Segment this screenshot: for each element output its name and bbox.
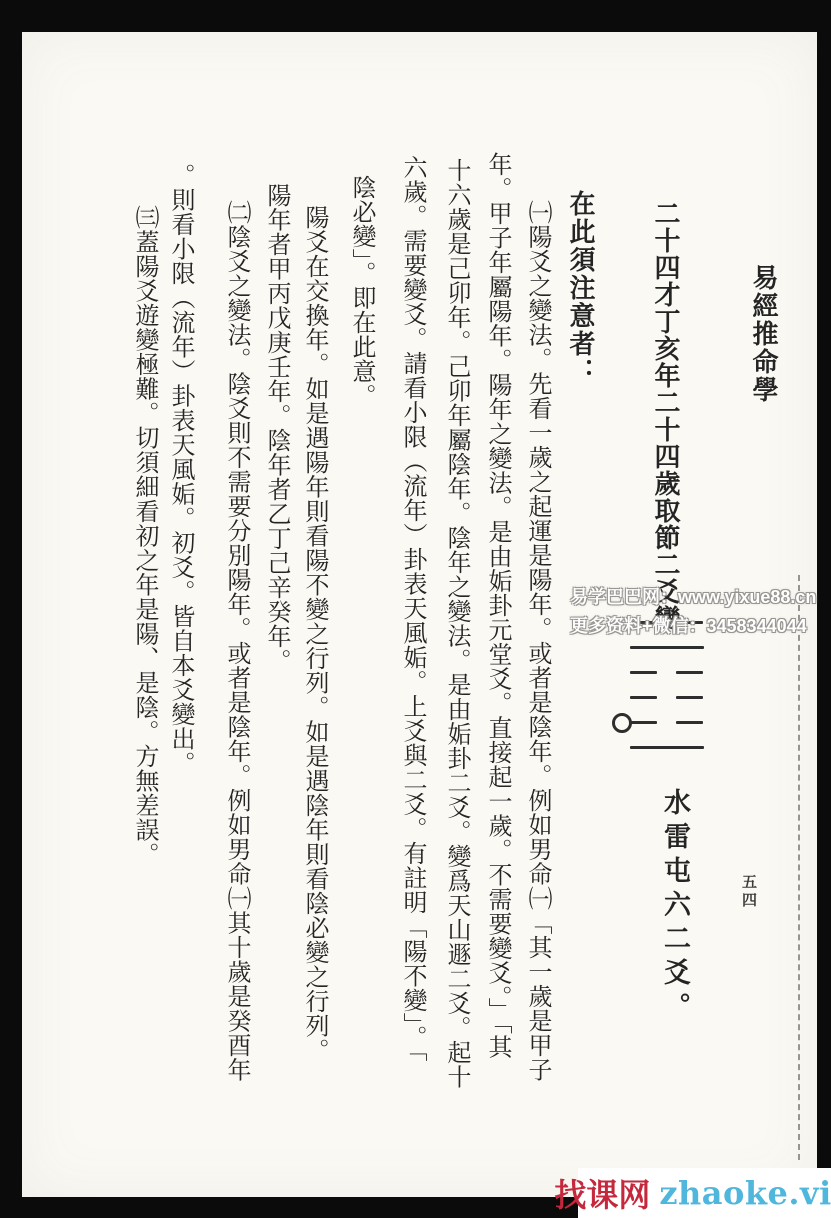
- yang-line-segment: [630, 646, 704, 649]
- watermark-site-url: zhaoke.vip: [659, 1174, 831, 1212]
- hexagram-line-1: [612, 735, 716, 760]
- watermark-line-2: 更多资料+微信：3458344044: [570, 612, 826, 641]
- yin-line-segment: [630, 696, 657, 699]
- text-column: 六歲。需要變爻。請看小限（流年）卦表天風姤。上爻與二爻。有註明「陽不變」。「: [396, 155, 431, 1062]
- text-column: 年。甲子年屬陽年。陽年之變法。是由姤卦元堂爻。直接起一歲。不需要變爻。」「其: [481, 152, 516, 1059]
- bottom-watermark: 找课网 zhaoke.vip: [578, 1168, 831, 1218]
- yin-line-segment: [630, 721, 657, 724]
- text-column: ㈢蓋陽爻遊變極難。切須細看初之年是陽、是陰。方無差誤。: [128, 205, 163, 867]
- watermark-site-name: 找课网: [554, 1170, 650, 1216]
- opening-line: 二十四才丁亥年二十四歲取節二爻變: [647, 200, 684, 632]
- text-column: 陽年者甲丙戊庚壬年。陰年者乙丁己辛癸年。: [260, 183, 295, 673]
- hexagram-line-3: [612, 685, 716, 710]
- watermark-line-1: 易学巴巴网：www.yixue88.cn: [570, 583, 826, 612]
- changing-line-marker: [612, 713, 632, 733]
- text-column: 十六歲是己卯年。己卯年屬陰年。陰年之變法。是由姤卦二爻。變爲天山遯二爻。起十: [440, 158, 475, 1089]
- text-column: ㈡陰爻之變法。陰爻則不需要分別陽年。或者是陰年。例如男命㈠其十歲是癸酉年: [220, 200, 255, 1082]
- text-column: 陰必變」。即在此意。: [345, 175, 380, 408]
- hexagram-line-4: [612, 660, 716, 685]
- binding-dots-rule: [798, 575, 800, 1160]
- book-title: 易經推命學: [745, 264, 782, 404]
- text-column: 。則看小限（流年）卦表天風姤。初爻。皆自本爻變出。: [164, 163, 199, 776]
- text-column: ㈠陽爻之變法。先看一歲之起運是陽年。或者是陰年。例如男命㈠「其一歲是甲子: [521, 200, 556, 1082]
- yin-line-segment: [676, 671, 703, 674]
- page-number: 五四: [739, 874, 760, 910]
- hexagram-caption: 水雷屯六二爻。: [655, 788, 694, 1026]
- yin-line-segment: [630, 671, 657, 674]
- yin-line-segment: [676, 696, 703, 699]
- hexagram-line-2: [612, 710, 716, 735]
- yang-line-segment: [630, 746, 704, 749]
- scanned-book-page: { "page": { "book_title": "易經推命學", "page…: [0, 0, 831, 1218]
- notice-heading: 在此須注意者：: [562, 190, 599, 386]
- center-watermark: 易学巴巴网：www.yixue88.cn 更多资料+微信：3458344044: [570, 583, 826, 641]
- text-column: 陽爻在交換年。如是遇陽年則看陽不變之行列。如是遇陰年則看陰必變之行列。: [298, 205, 333, 1063]
- yin-line-segment: [676, 721, 703, 724]
